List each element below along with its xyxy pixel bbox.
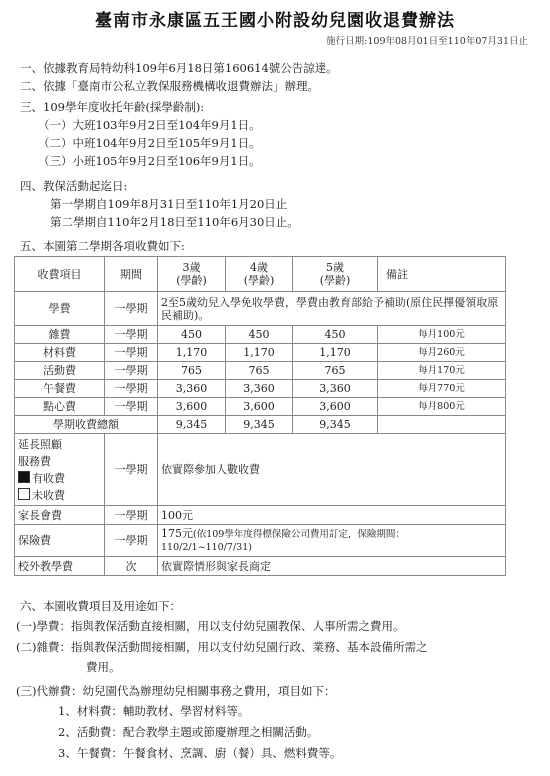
row-age3: 3,600 [158, 398, 226, 416]
table-row-parent-fee: 家長會費 一學期 100元 [15, 506, 506, 525]
total-age4: 9,345 [226, 416, 293, 434]
row-age4: 3,360 [226, 380, 293, 398]
tuition-description: 2至5歲幼兒入學免收學費，學費由教育部給予補助(原住民擇優領取原民補助)。 [158, 292, 506, 326]
row-note: 每月800元 [378, 398, 506, 416]
header-age3: 3歲(學齡) [158, 257, 226, 292]
tuition-period: 一學期 [105, 292, 158, 326]
field-trip-description: 依實際情形與家長商定 [158, 557, 506, 576]
extended-care-period: 一學期 [105, 434, 158, 506]
parent-fee-item: 家長會費 [15, 506, 105, 525]
section-3-heading: 三、109學年度收托年齡(採學齡制): [20, 99, 204, 115]
not-charged-option[interactable]: 未收費 [18, 487, 101, 504]
header-age4: 4歲(學齡) [226, 257, 293, 292]
table-row: 點心費 一學期 3,600 3,600 3,600 每月800元 [15, 398, 506, 416]
total-age3: 9,345 [158, 416, 226, 434]
row-note: 每月170元 [378, 362, 506, 380]
table-row-total: 學期收費總額 9,345 9,345 9,345 [15, 416, 506, 434]
table-row: 活動費 一學期 765 765 765 每月170元 [15, 362, 506, 380]
insurance-description: 175元(依109學年度得標保險公司費用訂定，保險期間： 110/2/1~110… [158, 525, 506, 557]
age-middle-class: （二）中班104年9月2日至105年9月1日。 [38, 135, 261, 151]
row-age5: 450 [293, 326, 378, 344]
total-label: 學期收費總額 [15, 416, 158, 434]
row-note: 每月260元 [378, 344, 506, 362]
row-note: 每月100元 [378, 326, 506, 344]
table-row-insurance: 保險費 一學期 175元(依109學年度得標保險公司費用訂定，保險期間： 110… [15, 525, 506, 557]
row-age4: 450 [226, 326, 293, 344]
section-5-heading: 五、本園第二學期各項收費如下: [20, 238, 185, 254]
usage-material-fee: 1、材料費：輔助教材、學習材料等。 [58, 703, 249, 719]
row-period: 一學期 [105, 362, 158, 380]
row-item: 雜費 [15, 326, 105, 344]
row-item: 點心費 [15, 398, 105, 416]
parent-fee-period: 一學期 [105, 506, 158, 525]
row-age5: 1,170 [293, 344, 378, 362]
row-period: 一學期 [105, 344, 158, 362]
section-6-heading: 六、本園收費項目及用途如下： [20, 598, 181, 614]
section-2: 二、依據「臺南市公私立教保服務機構收退費辦法」辦理。 [20, 78, 319, 94]
row-age5: 3,600 [293, 398, 378, 416]
usage-misc-fee-cont: 費用。 [86, 659, 121, 675]
document-title: 臺南市永康區五王國小附設幼兒園收退費辦法 [0, 6, 550, 31]
header-item: 收費項目 [15, 257, 105, 292]
header-age5: 5歲(學齡) [293, 257, 378, 292]
row-age4: 3,600 [226, 398, 293, 416]
extended-care-description: 依實際參加人數收費 [158, 434, 506, 506]
extended-care-item: 延長照顧 服務費 有收費 未收費 [15, 434, 105, 506]
row-age4: 1,170 [226, 344, 293, 362]
usage-lunch-fee: 3、午餐費：午餐食材、烹調、廚（餐）具、燃料費等。 [58, 745, 341, 761]
row-age3: 3,360 [158, 380, 226, 398]
row-age3: 450 [158, 326, 226, 344]
insurance-period: 一學期 [105, 525, 158, 557]
table-row: 雜費 一學期 450 450 450 每月100元 [15, 326, 506, 344]
total-note [378, 416, 506, 434]
effective-date: 施行日期:109年08月01日至110年07月31日止 [326, 33, 528, 47]
row-note: 每月770元 [378, 380, 506, 398]
row-age3: 765 [158, 362, 226, 380]
section-4-heading: 四、教保活動起迄日: [20, 178, 127, 194]
row-age3: 1,170 [158, 344, 226, 362]
row-period: 一學期 [105, 398, 158, 416]
charged-option[interactable]: 有收費 [18, 470, 101, 487]
unchecked-checkbox-icon[interactable] [18, 488, 30, 500]
fee-table: 收費項目 期間 3歲(學齡) 4歲(學齡) 5歲(學齡) 備註 學費 一學期 2… [14, 256, 506, 576]
age-large-class: （一）大班103年9月2日至104年9月1日。 [38, 117, 261, 133]
usage-tuition: (一)學費：指與教保活動直接相關，用以支付幼兒園教保、人事所需之費用。 [16, 618, 404, 634]
row-item: 活動費 [15, 362, 105, 380]
age-small-class: （三）小班105年9月2日至106年9月1日。 [38, 153, 261, 169]
row-age5: 3,360 [293, 380, 378, 398]
row-item: 材料費 [15, 344, 105, 362]
header-period: 期間 [105, 257, 158, 292]
field-trip-item: 校外教學費 [15, 557, 105, 576]
insurance-item: 保險費 [15, 525, 105, 557]
table-row-extended-care: 延長照顧 服務費 有收費 未收費 一學期 依實際參加人數收費 [15, 434, 506, 506]
semester-1-dates: 第一學期自109年8月31日至110年1月20日止 [50, 196, 287, 212]
tuition-item: 學費 [15, 292, 105, 326]
table-row-tuition: 學費 一學期 2至5歲幼兒入學免收學費，學費由教育部給予補助(原住民擇優領取原民… [15, 292, 506, 326]
table-header-row: 收費項目 期間 3歲(學齡) 4歲(學齡) 5歲(學齡) 備註 [15, 257, 506, 292]
header-note: 備註 [378, 257, 506, 292]
table-row: 午餐費 一學期 3,360 3,360 3,360 每月770元 [15, 380, 506, 398]
field-trip-period: 次 [105, 557, 158, 576]
table-row-field-trip: 校外教學費 次 依實際情形與家長商定 [15, 557, 506, 576]
usage-activity-fee: 2、活動費：配合教學主題或節慶辦理之相關活動。 [58, 724, 318, 740]
semester-2-dates: 第二學期自110年2月18日至110年6月30日止。 [50, 214, 299, 230]
usage-misc-fee: (二)雜費：指與教保活動間接相關，用以支付幼兒園行政、業務、基本設備所需之 [16, 639, 427, 655]
checked-checkbox-icon[interactable] [18, 471, 30, 483]
parent-fee-description: 100元 [158, 506, 506, 525]
table-row: 材料費 一學期 1,170 1,170 1,170 每月260元 [15, 344, 506, 362]
row-item: 午餐費 [15, 380, 105, 398]
section-1: 一、依據教育局特幼科109年6月18日第160614號公告諒達。 [20, 60, 338, 76]
row-age5: 765 [293, 362, 378, 380]
row-period: 一學期 [105, 326, 158, 344]
total-age5: 9,345 [293, 416, 378, 434]
usage-agency-fee: (三)代辦費：幼兒園代為辦理幼兒相關事務之費用，項目如下： [16, 683, 335, 699]
row-period: 一學期 [105, 380, 158, 398]
row-age4: 765 [226, 362, 293, 380]
